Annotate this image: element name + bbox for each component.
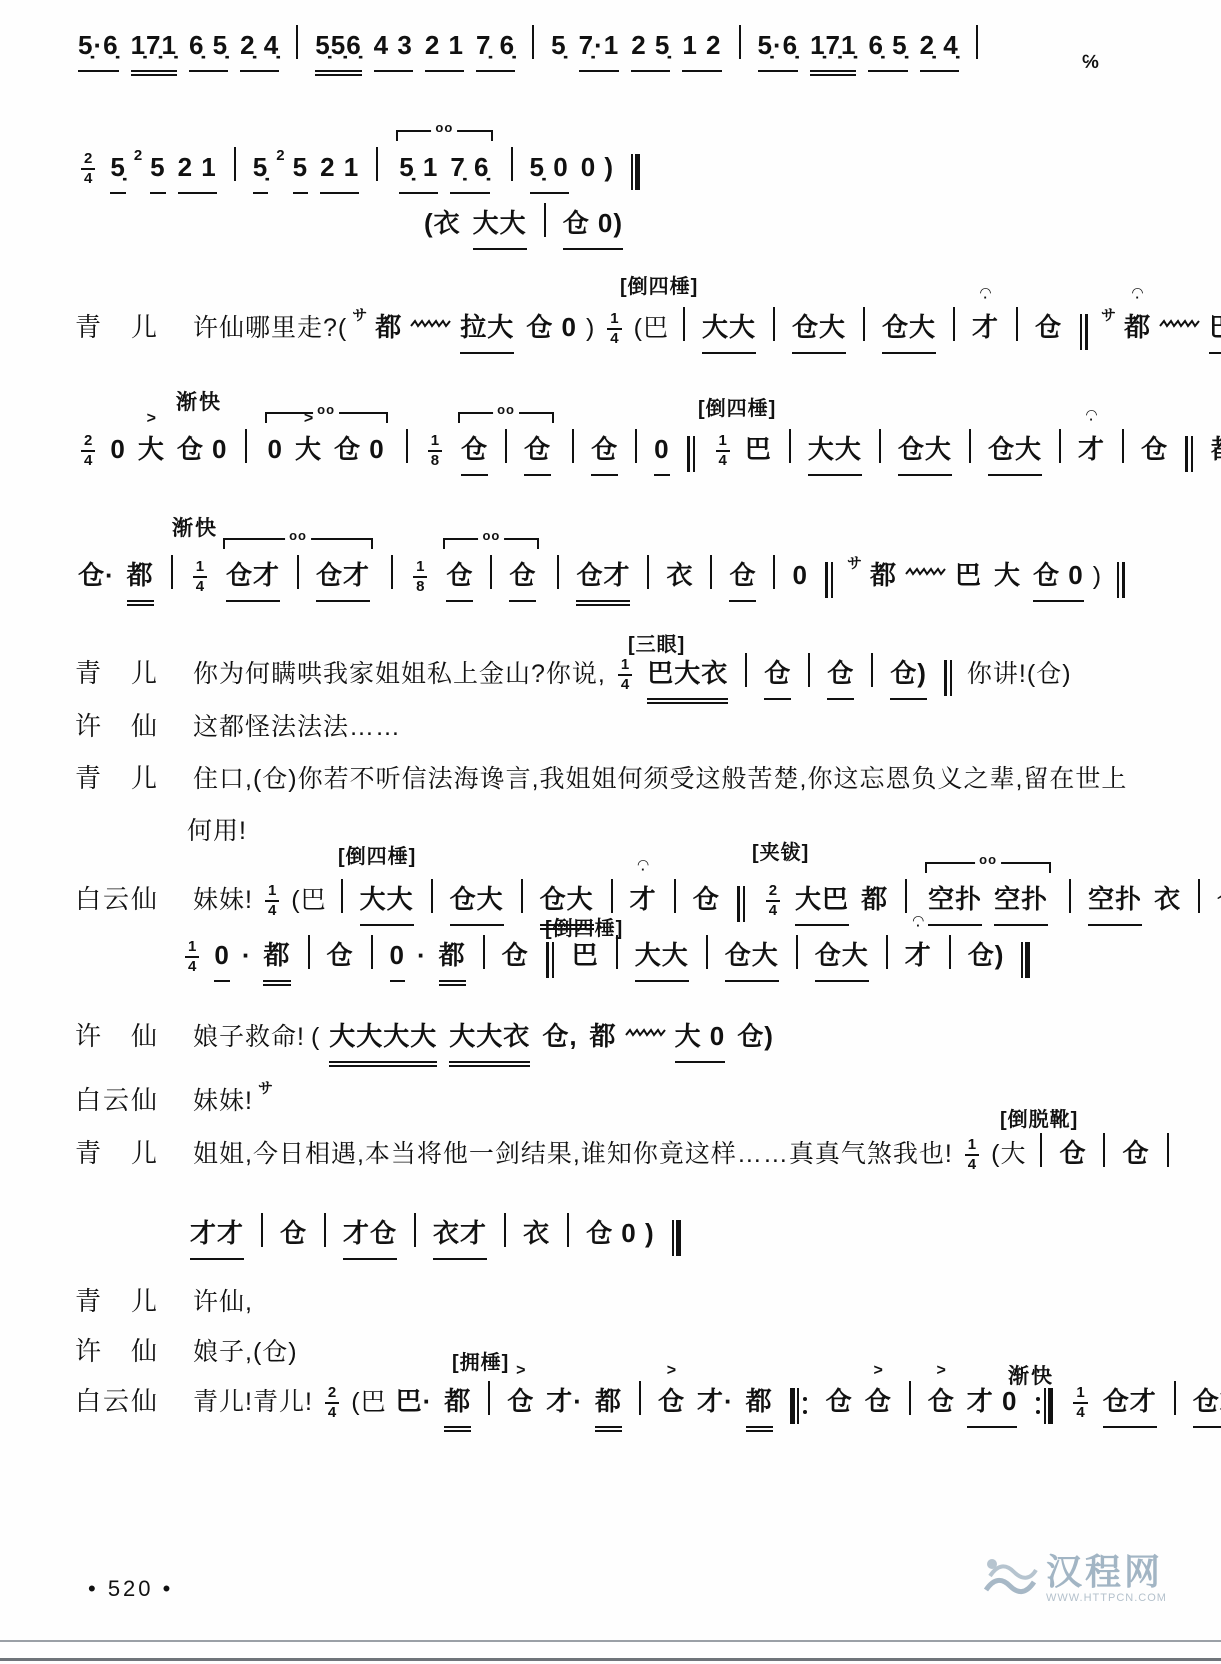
- barline: [521, 879, 523, 913]
- tremolo-wavy-line-icon: [410, 303, 452, 349]
- percussion-note: 5̣ 0: [530, 144, 569, 194]
- barline: [635, 429, 637, 463]
- percussion-note: 仓大: [815, 932, 869, 982]
- repeat-bar: [797, 1388, 799, 1424]
- barline: [483, 935, 485, 969]
- time-signature-denominator: 4: [265, 902, 279, 919]
- repeat-dot: [1036, 1397, 1040, 1401]
- barline: [1103, 1133, 1105, 1167]
- percussion-note: ·: [417, 932, 427, 978]
- token: [831, 562, 834, 598]
- barline: [1016, 307, 1018, 341]
- percussion-note: 仓: [1122, 1130, 1149, 1176]
- barline: [391, 555, 393, 589]
- percussion-note: 巴大衣: [647, 650, 728, 704]
- percussion-note: 大大: [808, 426, 862, 476]
- barline: [488, 1381, 490, 1415]
- percussion-note: 2̣ 4̣: [920, 22, 959, 72]
- grace-mark: サ: [352, 293, 367, 339]
- percussion-note: 衣: [523, 1210, 550, 1256]
- barline: [245, 429, 247, 463]
- watermark-text: 汉程网 WWW.HTTPCN.COM: [1046, 1552, 1167, 1604]
- dialogue-qinger-1: 青 儿许仙哪里走?(サ都拉大仓 0)14(巴大大仓大仓大才◠仓サ都◠巴大仓◠·大…: [72, 293, 1221, 343]
- final-barline: [1020, 942, 1031, 988]
- percussion-note: 都: [595, 1378, 622, 1432]
- barline: [341, 879, 343, 913]
- time-signature: 24: [81, 433, 95, 469]
- barline: [371, 935, 373, 969]
- token: [693, 436, 696, 472]
- tempo-mark: 渐快: [176, 386, 222, 416]
- barline: [949, 935, 951, 969]
- repeat-dot: [1036, 1410, 1040, 1414]
- grace-mark: サ: [258, 1066, 273, 1112]
- percussion-note: 才◠: [1078, 426, 1105, 472]
- percussion-note: 7̣·1: [579, 22, 620, 72]
- time-signature-numerator: 2: [766, 883, 780, 902]
- dialogue-text: 许仙哪里走?(: [193, 305, 347, 351]
- percussion-note: 大 0: [675, 1013, 726, 1063]
- percussion-note: 大大: [473, 200, 527, 250]
- percussion-note: 7̣ 6̣: [476, 22, 515, 72]
- barline: [544, 203, 546, 237]
- gong-pattern-label: [倒四棰]: [698, 392, 776, 421]
- percussion-note: 5̣: [110, 144, 125, 194]
- token: [631, 154, 633, 190]
- dialogue-baiyunxian-2: 白云仙妹妹!サ: [72, 1066, 275, 1116]
- percussion-note: 5̣5̣6̣: [315, 22, 361, 76]
- barline: [683, 307, 685, 341]
- melody-line-2: 245̣252 15̣252 1oo5̣ 17̣ 6̣5̣ 00 ): [72, 130, 651, 180]
- time-signature-numerator: 1: [428, 433, 442, 452]
- percussion-note: 大巴: [795, 876, 849, 926]
- percussion-note: 仓才: [316, 552, 370, 602]
- speaker-name: 许 仙: [75, 703, 187, 749]
- percussion-note: 4 3: [374, 22, 413, 72]
- percussion-note: 仓: [524, 426, 551, 476]
- barline: [171, 555, 173, 589]
- barline: [1174, 1381, 1176, 1415]
- time-signature-numerator: 1: [413, 559, 427, 578]
- repeat-end-sign: [1033, 1388, 1054, 1434]
- token: [676, 1220, 681, 1256]
- barline: [739, 25, 741, 59]
- percussion-note: 1̣7̣1̣: [810, 22, 856, 76]
- dialogue-qinger-3: 青 儿住口,(仓)你若不听信法海谗言,我姐姐何须受这般苦楚,你这忘恩负义之辈,留…: [72, 755, 1130, 805]
- token: [1021, 942, 1023, 978]
- oo-bracket-label: oo: [285, 529, 311, 542]
- time-signature-denominator: 4: [81, 170, 95, 187]
- percussion-note: 仓大: [988, 426, 1042, 476]
- percussion-note: 仓>: [507, 1378, 534, 1424]
- token: [1185, 436, 1188, 472]
- percussion-note: 仓才: [576, 552, 630, 606]
- double-barline: [824, 562, 835, 608]
- dialogue-qinger-2: 青 儿你为何瞒哄我家姐姐私上金山?你说,14巴大衣仓仓仓)你讲!(仓): [72, 650, 1075, 700]
- grace-mark: サ: [1101, 293, 1116, 339]
- percussion-note: 都◠: [1124, 304, 1151, 350]
- barline: [324, 1213, 326, 1247]
- segno-sign: ℅: [1082, 52, 1099, 74]
- tempo-mark: 渐快: [172, 512, 218, 542]
- percussion-note: 仓 0 ): [586, 1210, 655, 1256]
- percussion-note: 才仓: [343, 1210, 397, 1260]
- token: [825, 562, 828, 598]
- tremolo-wavy-line-icon: [1159, 303, 1201, 349]
- barline: [647, 555, 649, 589]
- time-signature: 14: [618, 657, 632, 693]
- barline: [710, 555, 712, 589]
- time-signature: 14: [1073, 1385, 1087, 1421]
- accent-mark: >: [147, 411, 156, 427]
- oo-bracket-label: oo: [313, 403, 339, 416]
- token: [552, 942, 555, 978]
- percussion-note: 仓: [1217, 876, 1221, 922]
- percussion-note: 2 1: [320, 144, 359, 194]
- accent-mark: >: [516, 1363, 525, 1379]
- dialogue-text: (巴: [351, 1379, 386, 1425]
- percussion-note: ·: [242, 932, 252, 978]
- percussion-note: 都: [439, 932, 466, 986]
- fermata-mark: ◠: [980, 285, 991, 299]
- tremolo-wavy-line-icon: [625, 1012, 667, 1058]
- percussion-note: 5: [150, 144, 165, 194]
- oo-bracket-label: oo: [478, 529, 504, 542]
- percussion-note: 大大: [360, 876, 414, 926]
- percussion-note: 衣: [666, 552, 693, 598]
- barline: [808, 653, 810, 687]
- percussion-line-4: 才才仓才仓衣才衣仓 0 ): [184, 1210, 692, 1260]
- barline: [773, 555, 775, 589]
- percussion-note: 都: [127, 552, 154, 606]
- accent-mark: >: [304, 411, 313, 427]
- percussion-note: 0: [792, 552, 807, 598]
- barline: [789, 429, 791, 463]
- percussion-note: 仓: [1035, 304, 1062, 350]
- token: [950, 660, 953, 696]
- dialogue-text: 姐姐,今日相遇,本当将他一剑结果,谁知你竟这样……真真气煞我也!: [193, 1131, 953, 1177]
- dialogue-text: (: [311, 1014, 320, 1060]
- gong-pattern-label: [夹钹]: [752, 836, 809, 865]
- time-signature-numerator: 1: [185, 939, 199, 958]
- percussion-note: 才·: [697, 1378, 734, 1424]
- dialogue-text: 这都怪法法法……: [193, 704, 401, 750]
- beam-group: oo0大>仓 0: [262, 412, 391, 477]
- time-signature-numerator: 1: [265, 883, 279, 902]
- percussion-note: 都: [746, 1378, 773, 1432]
- dialogue-text: ): [586, 305, 595, 351]
- time-signature: 14: [716, 433, 730, 469]
- repeat-dot: [803, 1397, 807, 1401]
- double-barline: [686, 436, 697, 482]
- percussion-note: 仓大: [725, 932, 779, 982]
- percussion-note: 才才: [190, 1210, 244, 1260]
- watermark-url: WWW.HTTPCN.COM: [1046, 1592, 1167, 1604]
- barline: [871, 653, 873, 687]
- percussion-note: 大大衣: [449, 1013, 530, 1067]
- percussion-note: 空扑: [1088, 876, 1142, 926]
- percussion-note: 仓: [1141, 426, 1168, 472]
- token: [1080, 314, 1083, 350]
- percussion-note: 都: [375, 304, 402, 350]
- percussion-note: 仓 0: [526, 304, 577, 350]
- barline: [745, 653, 747, 687]
- time-signature: 14: [185, 939, 199, 975]
- dialogue-text: 青儿!青儿!: [193, 1379, 313, 1425]
- time-signature-denominator: 8: [428, 452, 442, 469]
- dialogue-text: ): [1093, 553, 1102, 599]
- percussion-note: 仓>: [658, 1378, 685, 1424]
- time-signature-denominator: 4: [185, 958, 199, 975]
- double-barline: [736, 886, 747, 932]
- barline: [431, 879, 433, 913]
- dialogue-xuxian-2: 许 仙娘子救命!(大大大大大大衣仓,都大 0仓): [72, 1012, 780, 1062]
- time-signature-denominator: 4: [607, 330, 621, 347]
- percussion-note: 巴·: [396, 1378, 433, 1424]
- beam-group-body: 空扑空扑: [922, 876, 1054, 927]
- token: [635, 154, 640, 190]
- grace-mark: サ: [847, 541, 862, 587]
- percussion-note: 巴: [745, 426, 772, 472]
- percussion-note: 巴大: [1209, 304, 1221, 354]
- gong-pattern-label: [拥棰]: [452, 1346, 509, 1375]
- percussion-note: 仓: [729, 552, 756, 602]
- percussion-note: 都: [861, 876, 888, 922]
- percussion-note: 仓): [737, 1013, 774, 1059]
- repeat-dots: [1035, 1388, 1041, 1424]
- speaker-name: 许 仙: [75, 1013, 187, 1059]
- percussion-note: 0: [390, 932, 405, 982]
- watermark: 汉程网 WWW.HTTPCN.COM: [980, 1552, 1167, 1604]
- repeat-bar: [790, 1388, 795, 1424]
- time-signature: 14: [965, 1137, 979, 1173]
- beam-group-body: 仓才仓才: [220, 552, 376, 603]
- barline: [879, 429, 881, 463]
- percussion-note: 0: [214, 932, 229, 982]
- dialogue-text: 你讲!(仓): [967, 651, 1072, 697]
- grace-mark: 2: [134, 133, 142, 179]
- percussion-note: 6̣ 5̣: [189, 22, 228, 72]
- time-signature: 24: [81, 151, 95, 187]
- percussion-line-1: 240大>仓 0oo0大>仓 018oo仓仓仓014巴大大仓大仓大才◠仓都拉大仓…: [72, 412, 1221, 462]
- double-barline: [545, 942, 556, 988]
- barline: [505, 429, 507, 463]
- scan-artifact-line: [0, 1658, 1221, 1661]
- time-signature-numerator: 2: [81, 151, 95, 170]
- barline: [1040, 1133, 1042, 1167]
- fermata-mark: ◠: [638, 857, 649, 871]
- dialogue-text: 妹妹!: [193, 877, 253, 923]
- barline: [886, 935, 888, 969]
- beam-group: oo仓仓: [455, 412, 557, 477]
- percussion-note: 2̣ 4̣: [240, 22, 279, 72]
- percussion-note: (衣: [424, 200, 461, 246]
- percussion-note: 衣才: [433, 1210, 487, 1260]
- barline: [976, 25, 978, 59]
- time-signature: 18: [428, 433, 442, 469]
- time-signature-numerator: 1: [1073, 1385, 1087, 1404]
- percussion-note: 5̣·6̣: [758, 22, 799, 72]
- percussion-note: 仓·: [78, 552, 115, 598]
- percussion-note: 仓大: [882, 304, 936, 354]
- percussion-note: 仓大: [450, 876, 504, 926]
- percussion-note: 仓: [764, 650, 791, 700]
- time-signature-numerator: 2: [325, 1385, 339, 1404]
- repeat-start-sign: [789, 1388, 810, 1434]
- token: [1085, 314, 1088, 350]
- accent-mark: >: [874, 1363, 883, 1379]
- time-signature-denominator: 4: [965, 1156, 979, 1173]
- time-signature-denominator: 4: [325, 1404, 339, 1421]
- dialogue-qinger-5: 青 儿许仙,: [72, 1278, 256, 1328]
- double-barline: [1115, 562, 1126, 608]
- percussion-note: 仓 0: [1033, 552, 1084, 602]
- melody-line-1: 5̣·6̣1̣7̣1̣6̣ 5̣2̣ 4̣5̣5̣6̣4 32 17̣ 6̣5̣…: [72, 22, 989, 72]
- time-signature-denominator: 4: [193, 578, 207, 595]
- time-signature: 14: [265, 883, 279, 919]
- token: [1122, 562, 1125, 598]
- token: [546, 942, 549, 978]
- oo-bracket: oo: [223, 538, 373, 549]
- barline: [639, 1381, 641, 1415]
- percussion-note: 0 ): [581, 144, 614, 190]
- barline: [234, 147, 236, 181]
- barline: [572, 429, 574, 463]
- barline: [504, 1213, 506, 1247]
- time-signature-numerator: 1: [965, 1137, 979, 1156]
- time-signature: 24: [325, 1385, 339, 1421]
- percussion-note: 仓: [327, 932, 354, 978]
- speaker-name: 白云仙: [75, 1077, 187, 1123]
- oo-bracket: oo: [443, 538, 539, 549]
- beam-group: oo仓仓: [440, 538, 542, 603]
- speaker-name: 许 仙: [75, 1328, 187, 1374]
- percussion-note: 大>: [138, 426, 165, 472]
- time-signature: 18: [413, 559, 427, 595]
- speaker-name: 青 儿: [75, 304, 187, 350]
- percussion-note: 仓: [446, 552, 473, 602]
- percussion-note: 仓,: [542, 1013, 577, 1059]
- time-signature: 14: [607, 311, 621, 347]
- percussion-note: 仓大: [898, 426, 952, 476]
- barline: [414, 1213, 416, 1247]
- percussion-note: 仓: [1059, 1130, 1086, 1176]
- dialogue-text: (大: [991, 1131, 1026, 1177]
- token: [672, 1220, 674, 1256]
- time-signature: 24: [766, 883, 780, 919]
- percussion-note: 仓>: [865, 1378, 892, 1424]
- dialogue-qinger-4: 青 儿姐姐,今日相遇,本当将他一剑结果,谁知你竟这样……真真气煞我也!14(大仓…: [72, 1130, 1180, 1180]
- percussion-note: 大大: [702, 304, 756, 354]
- time-signature-denominator: 4: [716, 452, 730, 469]
- repeat-dots: [802, 1388, 808, 1424]
- barline: [490, 555, 492, 589]
- accent-mark: >: [667, 1363, 676, 1379]
- beam-group-body: 0大>仓 0: [262, 426, 391, 477]
- barline: [1167, 1133, 1169, 1167]
- time-signature-denominator: 4: [81, 452, 95, 469]
- token: [737, 886, 740, 922]
- barline: [308, 935, 310, 969]
- grace-mark: 2: [276, 133, 284, 179]
- barline: [1069, 879, 1071, 913]
- time-signature-denominator: 4: [766, 902, 780, 919]
- watermark-logo: [980, 1552, 1038, 1604]
- speaker-name: 白云仙: [75, 1378, 187, 1424]
- dialogue-text: 许仙,: [193, 1279, 253, 1325]
- time-signature-numerator: 1: [716, 433, 730, 452]
- fermata-mark: ◠: [1132, 285, 1143, 299]
- oo-bracket: oo: [265, 412, 388, 423]
- percussion-note: 仓 0: [177, 426, 228, 472]
- percussion-note: 0: [268, 426, 283, 472]
- barline: [406, 429, 408, 463]
- token: [1025, 942, 1030, 978]
- percussion-note: 空扑: [928, 876, 982, 926]
- beam-group-body: 仓仓: [440, 552, 542, 603]
- time-signature: 14: [193, 559, 207, 595]
- fermata-mark: ◠: [1086, 407, 1097, 421]
- percussion-note: 才◠: [972, 304, 999, 350]
- dialogue-text: (巴: [291, 877, 326, 923]
- time-signature-numerator: 1: [607, 311, 621, 330]
- token: [1191, 436, 1194, 472]
- barline: [261, 1213, 263, 1247]
- barline: [1059, 429, 1061, 463]
- percussion-note: 仓: [280, 1210, 307, 1256]
- barline: [611, 879, 613, 913]
- percussion-note: 1̣7̣1̣: [131, 22, 177, 76]
- speaker-name: 青 儿: [75, 650, 187, 696]
- percussion-note: 仓: [502, 932, 529, 978]
- barline: [969, 429, 971, 463]
- percussion-note: 大: [994, 552, 1021, 598]
- percussion-note: 仓: [591, 426, 618, 476]
- beam-group-body: 5̣ 17̣ 6̣: [393, 144, 495, 195]
- percussion-note: 仓: [509, 552, 536, 602]
- speaker-name: 白云仙: [75, 876, 187, 922]
- time-signature-denominator: 8: [413, 578, 427, 595]
- token: [687, 436, 690, 472]
- barline: [296, 25, 298, 59]
- score-page: • 520 • 汉程网 WWW.HTTPCN.COM 5̣·6̣1̣7̣1̣6̣…: [0, 0, 1221, 1664]
- oo-bracket: oo: [925, 862, 1051, 873]
- token: [743, 886, 746, 922]
- percussion-note: 仓才: [226, 552, 280, 602]
- oo-bracket-label: oo: [493, 403, 519, 416]
- percussion-note: 大大大大: [329, 1013, 437, 1067]
- time-signature-denominator: 4: [618, 676, 632, 693]
- watermark-title: 汉程网: [1046, 1552, 1167, 1592]
- dialogue-text: 娘子救命!: [193, 1014, 305, 1060]
- beam-group: oo5̣ 17̣ 6̣: [393, 130, 495, 195]
- percussion-note: 都: [590, 1013, 617, 1059]
- page-number: • 520 •: [88, 1576, 173, 1602]
- gong-pattern-label: [倒四棰]: [545, 912, 623, 941]
- percussion-note: 拉大: [460, 304, 514, 354]
- speaker-name: 青 儿: [75, 1278, 187, 1324]
- percussion-note: 才◠: [905, 932, 932, 978]
- double-barline: [943, 660, 954, 706]
- percussion-note: 5̣ 1: [399, 144, 438, 194]
- barline: [953, 307, 955, 341]
- speaker-name: 青 儿: [75, 1130, 187, 1176]
- oo-bracket-label: oo: [431, 121, 457, 134]
- barline: [706, 935, 708, 969]
- percussion-note: 巴: [955, 552, 982, 598]
- percussion-note: 仓): [968, 932, 1005, 978]
- scan-artifact-line: [0, 1640, 1221, 1642]
